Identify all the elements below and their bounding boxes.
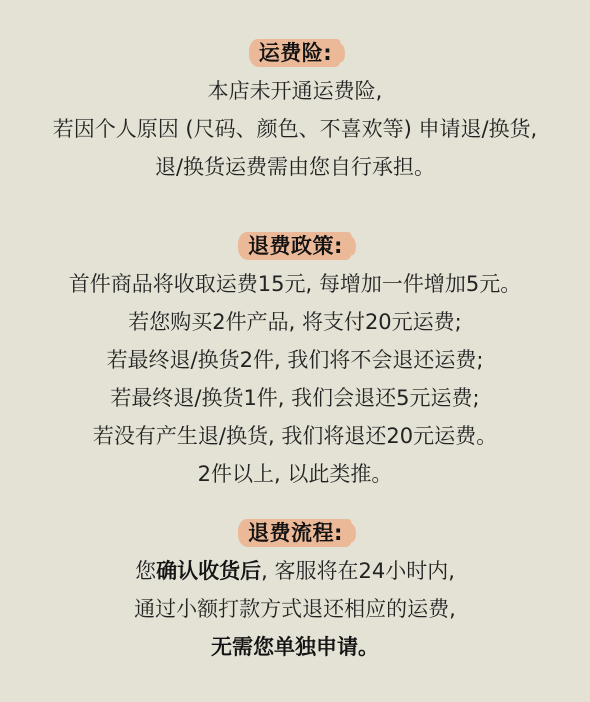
line-text: 您: [135, 559, 156, 583]
line-text: 本店未开通运费险,: [208, 79, 383, 103]
line-text: 若没有产生退/换货, 我们将退还20元运费。: [93, 424, 497, 448]
section-heading: 运费险:: [249, 38, 341, 68]
body-line: 若最终退/换货1件, 我们会退还5元运费;: [0, 379, 590, 417]
line-text: 退/换货运费需由您自行承担。: [155, 155, 435, 179]
line-text: 通过小额打款方式退还相应的运费,: [134, 597, 456, 621]
body-line: 退/换货运费需由您自行承担。: [0, 148, 590, 186]
body-line: 若没有产生退/换货, 我们将退还20元运费。: [0, 417, 590, 455]
line-text: 2件以上, 以此类推。: [198, 462, 393, 486]
body-line: 您确认收货后, 客服将在24小时内,: [0, 552, 590, 590]
section-body: 本店未开通运费险, 若因个人原因 (尺码、颜色、不喜欢等) 申请退/换货, 退/…: [0, 72, 590, 186]
section-body: 您确认收货后, 客服将在24小时内, 通过小额打款方式退还相应的运费, 无需您单…: [0, 552, 590, 666]
section-refund-policy: 退费政策: 首件商品将收取运费15元, 每增加一件增加5元。 若您购买2件产品,…: [0, 229, 590, 493]
body-line: 无需您单独申请。: [0, 628, 590, 666]
section-heading-wrap: 运费险:: [0, 36, 590, 70]
line-text: , 客服将在24小时内,: [261, 559, 455, 583]
shipping-policy-page: 运费险: 本店未开通运费险, 若因个人原因 (尺码、颜色、不喜欢等) 申请退/换…: [0, 0, 590, 702]
line-text: 若因个人原因 (尺码、颜色、不喜欢等) 申请退/换货,: [53, 117, 538, 141]
line-text: 若最终退/换货2件, 我们将不会退还运费;: [107, 348, 484, 372]
section-heading-wrap: 退费政策:: [0, 229, 590, 263]
emphasis-text: 无需您单独申请。: [211, 635, 379, 659]
section-heading: 退费政策:: [238, 231, 352, 261]
section-heading: 退费流程:: [238, 518, 352, 548]
body-line: 首件商品将收取运费15元, 每增加一件增加5元。: [0, 265, 590, 303]
body-line: 2件以上, 以此类推。: [0, 455, 590, 493]
body-line: 若最终退/换货2件, 我们将不会退还运费;: [0, 341, 590, 379]
body-line: 通过小额打款方式退还相应的运费,: [0, 590, 590, 628]
section-heading-wrap: 退费流程:: [0, 516, 590, 550]
section-body: 首件商品将收取运费15元, 每增加一件增加5元。 若您购买2件产品, 将支付20…: [0, 265, 590, 493]
section-refund-process: 退费流程: 您确认收货后, 客服将在24小时内, 通过小额打款方式退还相应的运费…: [0, 516, 590, 666]
line-text: 首件商品将收取运费15元, 每增加一件增加5元。: [69, 272, 521, 296]
emphasis-text: 确认收货后: [156, 559, 261, 583]
body-line: 本店未开通运费险,: [0, 72, 590, 110]
line-text: 若您购买2件产品, 将支付20元运费;: [128, 310, 462, 334]
section-shipping-insurance: 运费险: 本店未开通运费险, 若因个人原因 (尺码、颜色、不喜欢等) 申请退/换…: [0, 36, 590, 186]
line-text: 若最终退/换货1件, 我们会退还5元运费;: [110, 386, 479, 410]
body-line: 若因个人原因 (尺码、颜色、不喜欢等) 申请退/换货,: [0, 110, 590, 148]
body-line: 若您购买2件产品, 将支付20元运费;: [0, 303, 590, 341]
